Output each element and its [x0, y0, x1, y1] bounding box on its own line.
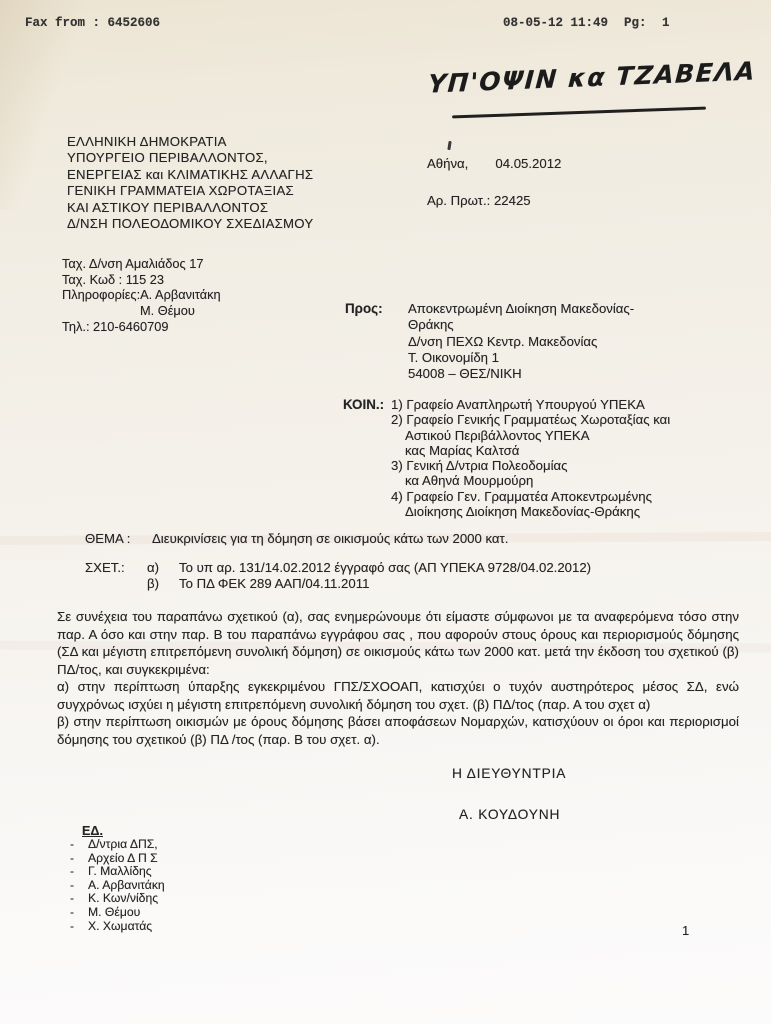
recipient-line: Θράκης [408, 317, 634, 333]
cc-line: 2) Γραφείο Γενικής Γραμματέως Χωροταξίας… [391, 412, 670, 427]
references-label: ΣΧΕΤ.: [85, 560, 125, 575]
subject-label: ΘΕΜΑ : [85, 531, 130, 546]
signature-title: Η ΔΙΕΥΘΥΝΤΡΙΑ [452, 766, 566, 781]
list-item: - Αρχείο Δ Π Σ [70, 852, 165, 866]
references-block: α) Το υπ αρ. 131/14.02.2012 έγγραφό σας … [147, 560, 591, 592]
contact-postal-code: Ταχ. Κωδ : 115 23 [62, 272, 221, 288]
cc-line: Αστικού Περιβάλλοντος ΥΠΕΚΑ [391, 428, 670, 443]
distribution-name: Α. Αρβανιτάκη [88, 879, 165, 893]
reference-text: Το ΠΔ ΦΕΚ 289 ΑΑΠ/04.11.2011 [179, 576, 369, 592]
recipient-line: Αποκεντρωμένη Διοίκηση Μακεδονίας- [408, 301, 634, 317]
scanned-fax-letter: Fax from : 6452606 08-05-12 11:49 Pg: 1 … [0, 0, 771, 1024]
protocol-number: Αρ. Πρωτ.: 22425 [427, 193, 531, 208]
list-item: - Χ. Χωματάς [70, 920, 165, 934]
letterhead-line: ΥΠΟΥΡΓΕΙΟ ΠΕΡΙΒΑΛΛΟΝΤΟΣ, [67, 150, 313, 166]
distribution-name: Δ/ντρια ΔΠΣ, [88, 838, 158, 852]
reference-item: α) Το υπ αρ. 131/14.02.2012 έγγραφό σας … [147, 560, 591, 576]
reference-marker: α) [147, 560, 179, 576]
recipient-line: Δ/νση ΠΕΧΩ Κεντρ. Μακεδονίας [408, 334, 634, 350]
letterhead-line: Δ/ΝΣΗ ΠΟΛΕΟΔΟΜΙΚΟΥ ΣΧΕΔΙΑΣΜΟΥ [67, 216, 313, 232]
list-item: - Μ. Θέμου [70, 906, 165, 920]
cc-line: 4) Γραφείο Γεν. Γραμματέα Αποκεντρωμένης [391, 489, 670, 504]
body-point-a: α) στην περίπτωση ύπαρξης εγκεκριμένου Γ… [57, 678, 739, 713]
body-paragraph: Σε συνέχεια του παραπάνω σχετικού (α), σ… [57, 608, 739, 678]
sender-contact-block: Ταχ. Δ/νση Αμαλιάδος 17 Ταχ. Κωδ : 115 2… [62, 256, 221, 335]
contact-info-person: Πληροφορίες:Α. Αρβανιτάκη [62, 287, 221, 303]
reference-item: β) Το ΠΔ ΦΕΚ 289 ΑΑΠ/04.11.2011 [147, 576, 591, 592]
fax-from-number: Fax from : 6452606 [25, 16, 160, 30]
recipient-line: 54008 – ΘΕΣ/ΝΙΚΗ [408, 366, 634, 382]
date-value: 04.05.2012 [495, 156, 561, 171]
handwritten-underline [452, 107, 706, 118]
recipient-label: Προς: [345, 301, 383, 316]
cc-block: 1) Γραφείο Αναπληρωτή Υπουργού ΥΠΕΚΑ 2) … [391, 397, 670, 519]
letterhead-line: ΕΛΛΗΝΙΚΗ ΔΗΜΟΚΡΑΤΙΑ [67, 134, 313, 150]
city-date-line: Αθήνα, 04.05.2012 [427, 156, 561, 171]
bullet-dash: - [70, 838, 88, 852]
letterhead-line: ΚΑΙ ΑΣΤΙΚΟΥ ΠΕΡΙΒΑΛΛΟΝΤΟΣ [67, 200, 313, 216]
bullet-dash: - [70, 852, 88, 866]
distribution-name: Γ. Μαλλίδης [88, 865, 152, 879]
contact-address: Ταχ. Δ/νση Αμαλιάδος 17 [62, 256, 221, 272]
bullet-dash: - [70, 892, 88, 906]
signature-name: Α. ΚΟΥΔΟΥΝΗ [459, 807, 560, 822]
bullet-dash: - [70, 879, 88, 893]
distribution-name: Χ. Χωματάς [88, 920, 152, 934]
list-item: - Κ. Κων/νίδης [70, 892, 165, 906]
ink-mark [447, 141, 451, 150]
list-item: - Γ. Μαλλίδης [70, 865, 165, 879]
recipient-block: Αποκεντρωμένη Διοίκηση Μακεδονίας- Θράκη… [408, 301, 634, 382]
letterhead-line: ΕΝΕΡΓΕΙΑΣ και ΚΛΙΜΑΤΙΚΗΣ ΑΛΛΑΓΗΣ [67, 167, 313, 183]
contact-info-person: Μ. Θέμου [62, 303, 221, 319]
distribution-name: Αρχείο Δ Π Σ [88, 852, 158, 866]
list-item: - Α. Αρβανιτάκη [70, 879, 165, 893]
city-label: Αθήνα, [427, 156, 468, 171]
reference-text: Το υπ αρ. 131/14.02.2012 έγγραφό σας (ΑΠ… [179, 560, 591, 576]
bullet-dash: - [70, 920, 88, 934]
handwritten-note: ΥΠ'ΟΨΙΝ κα ΤΖΑΒΕΛΑ [427, 56, 757, 98]
bullet-dash: - [70, 865, 88, 879]
page-number: 1 [682, 923, 689, 938]
contact-phone: Τηλ.: 210-6460709 [62, 319, 221, 335]
cc-line: Διοίκησης Διοίκηση Μακεδονίας-Θράκης [391, 504, 670, 519]
distribution-name: Μ. Θέμου [88, 906, 140, 920]
cc-label: ΚΟΙΝ.: [343, 397, 384, 412]
cc-line: κα Αθηνά Μουρμούρη [391, 473, 670, 488]
letterhead-line: ΓΕΝΙΚΗ ΓΡΑΜΜΑΤΕΙΑ ΧΩΡΟΤΑΞΙΑΣ [67, 183, 313, 199]
cc-line: 3) Γενική Δ/ντρια Πολεοδομίας [391, 458, 670, 473]
cc-line: 1) Γραφείο Αναπληρωτή Υπουργού ΥΠΕΚΑ [391, 397, 670, 412]
letterhead: ΕΛΛΗΝΙΚΗ ΔΗΜΟΚΡΑΤΙΑ ΥΠΟΥΡΓΕΙΟ ΠΕΡΙΒΑΛΛΟΝ… [67, 134, 313, 232]
internal-distribution-list: - Δ/ντρια ΔΠΣ, - Αρχείο Δ Π Σ - Γ. Μαλλί… [70, 838, 165, 933]
distribution-name: Κ. Κων/νίδης [88, 892, 158, 906]
cc-line: κας Μαρίας Καλτσά [391, 443, 670, 458]
fax-datetime: 08-05-12 11:49 [503, 16, 608, 30]
body-point-b: β) στην περίπτωση οικισμών με όρους δόμη… [57, 713, 739, 748]
bullet-dash: - [70, 906, 88, 920]
fax-page-count: Pg: 1 [624, 16, 670, 30]
reference-marker: β) [147, 576, 179, 592]
internal-distribution-label: ΕΔ. [82, 824, 103, 838]
recipient-line: Τ. Οικονομίδη 1 [408, 350, 634, 366]
subject-text: Διευκρινίσεις για τη δόμηση σε οικισμούς… [152, 531, 508, 546]
list-item: - Δ/ντρια ΔΠΣ, [70, 838, 165, 852]
letter-body: Σε συνέχεια του παραπάνω σχετικού (α), σ… [57, 608, 739, 748]
